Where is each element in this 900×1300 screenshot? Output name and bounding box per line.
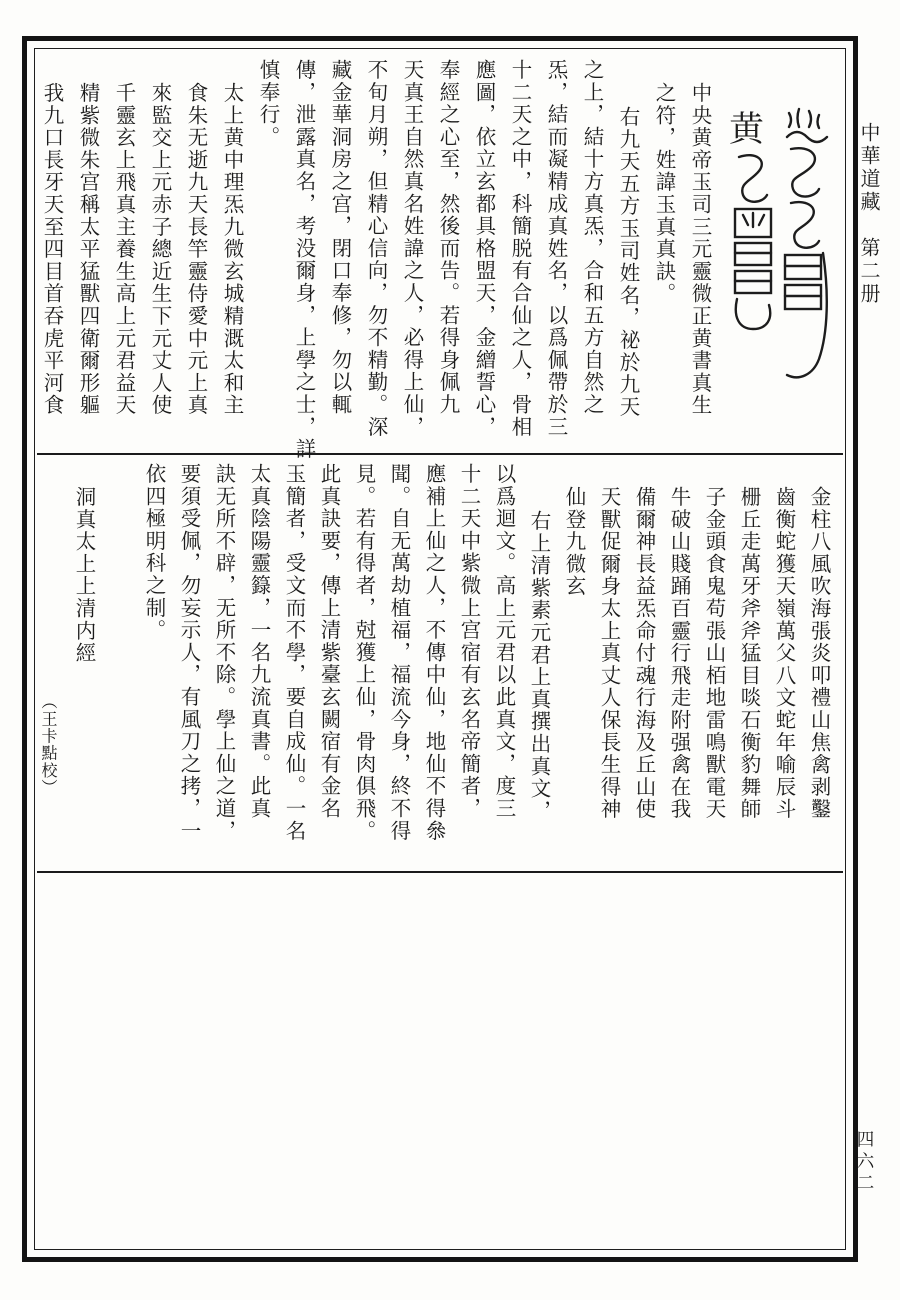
block1-columns: 中央黄帝玉司三元靈微正黄書真生之符，姓諱玉真真訣。右九天五方玉司姓名，祕於九天之… [45,59,835,447]
inner-border-frame: 黄 [34,48,846,1250]
verse-column: 太上黄中理炁九微玄城精溉太和主 [213,59,249,447]
text-column: 天真王自然真名姓諱之人，必得上仙， [393,59,429,447]
text-column: 依四極明科之制。 [135,463,170,865]
blank-column [100,463,135,865]
verse-column: 栅丘走萬牙斧斧猛目啖石衡豹舞師 [730,463,765,865]
verse-column: 子金頭食鬼苟張山栢地雷鳴獸電天 [695,463,730,865]
verse-column: 食朱无逝九天長竿靈侍愛中元上真 [177,59,213,447]
editor-attribution-column: （王卡點校） [30,463,65,865]
verse-column: 牛破山賤踊百靈行飛走附强禽在我 [660,463,695,865]
verse-column: 來監交上元赤子總近生下元丈人使 [141,59,177,447]
edition-label: 中華道藏 第二册 [854,122,883,306]
text-column: 不旬月朔，但精心信向，勿不精勤。深 [357,59,393,447]
page-content: 黄 [37,51,843,1247]
text-column: 十二天之中，科簡脱有合仙之人，骨相 [501,59,537,447]
text-column: 要須受佩，勿妄示人，有風刀之拷，一 [170,463,205,865]
text-column: 應圖，依立玄都具格盟天，金繒誓心， [465,59,501,447]
verse-column: 齒衡蛇獲天嶺萬父八文蛇年喻辰斗 [765,463,800,865]
talisman-caption-column: 中央黄帝玉司三元靈微正黄書真生 [681,59,717,447]
text-column: 以爲迴文。高上元君以此真文，度三 [485,463,520,865]
text-column: 右九天五方玉司姓名，祕於九天 [609,59,645,447]
folio-page-number: 四六二 [853,1130,878,1195]
text-column: 應補上仙之人，不傳中仙，地仙不得叅 [415,463,450,865]
lower-text-section: 金柱八風吹海張炎叩禮山焦禽剥鑿齒衡蛇獲天嶺萬父八文蛇年喻辰斗栅丘走萬牙斧斧猛目啖… [37,455,843,873]
scanned-page: 黄 [0,0,900,1300]
text-column: 之上，結十方真炁，合和五方自然之 [573,59,609,447]
verse-column: 仙登九微玄 [555,463,590,865]
upper-text-section: 黄 [37,51,843,455]
text-column: 慎奉行。 [249,59,285,447]
text-column: 傳，泄露真名，考没爾身，上學之士，詳 [285,59,321,447]
text-column: 右上清紫素元君上真撰出真文， [520,463,555,865]
talisman-caption-column: 之符，姓諱玉真真訣。 [645,59,681,447]
verse-column: 精紫微朱宫稱太平猛獸四衛爾形軀 [69,59,105,447]
verse-column: 金柱八風吹海張炎叩禮山焦禽剥鑿 [800,463,835,865]
text-column: 此真訣要，傳上清紫臺玄闕宿有金名 [310,463,345,865]
blank-section [37,873,843,1247]
text-column: 太真陰陽靈籙，一名九流真書。此真 [240,463,275,865]
book-title-column: 洞真太上上清内經 [65,463,100,865]
text-column: 玉簡者，受文而不學，要自成仙。一名 [275,463,310,865]
text-column: 訣无所不辟，无所不除。學上仙之道， [205,463,240,865]
text-column: 十二天中紫微上宫宿有玄名帝簡者， [450,463,485,865]
text-column: 奉經之心至，然後而告。若得身佩九 [429,59,465,447]
text-column: 炁，結而凝精成真姓名，以爲佩帶於三 [537,59,573,447]
block2-columns: 金柱八風吹海張炎叩禮山焦禽剥鑿齒衡蛇獲天嶺萬父八文蛇年喻辰斗栅丘走萬牙斧斧猛目啖… [45,463,835,865]
verse-column: 我九口長牙天至四目首吞虎平河食 [33,59,69,447]
verse-column: 天獸促爾身太上真丈人保長生得神 [590,463,625,865]
verse-column: 千靈玄上飛真主養生高上元君益天 [105,59,141,447]
text-column: 聞。自无萬劫植福，福流今身，終不得 [380,463,415,865]
text-column: 藏金華洞房之宫，閉口奉修，勿以輒 [321,59,357,447]
text-column: 見。若有得者，尅獲上仙，骨肉俱飛。 [345,463,380,865]
verse-column: 備爾神長益炁命付魂行海及丘山使 [625,463,660,865]
